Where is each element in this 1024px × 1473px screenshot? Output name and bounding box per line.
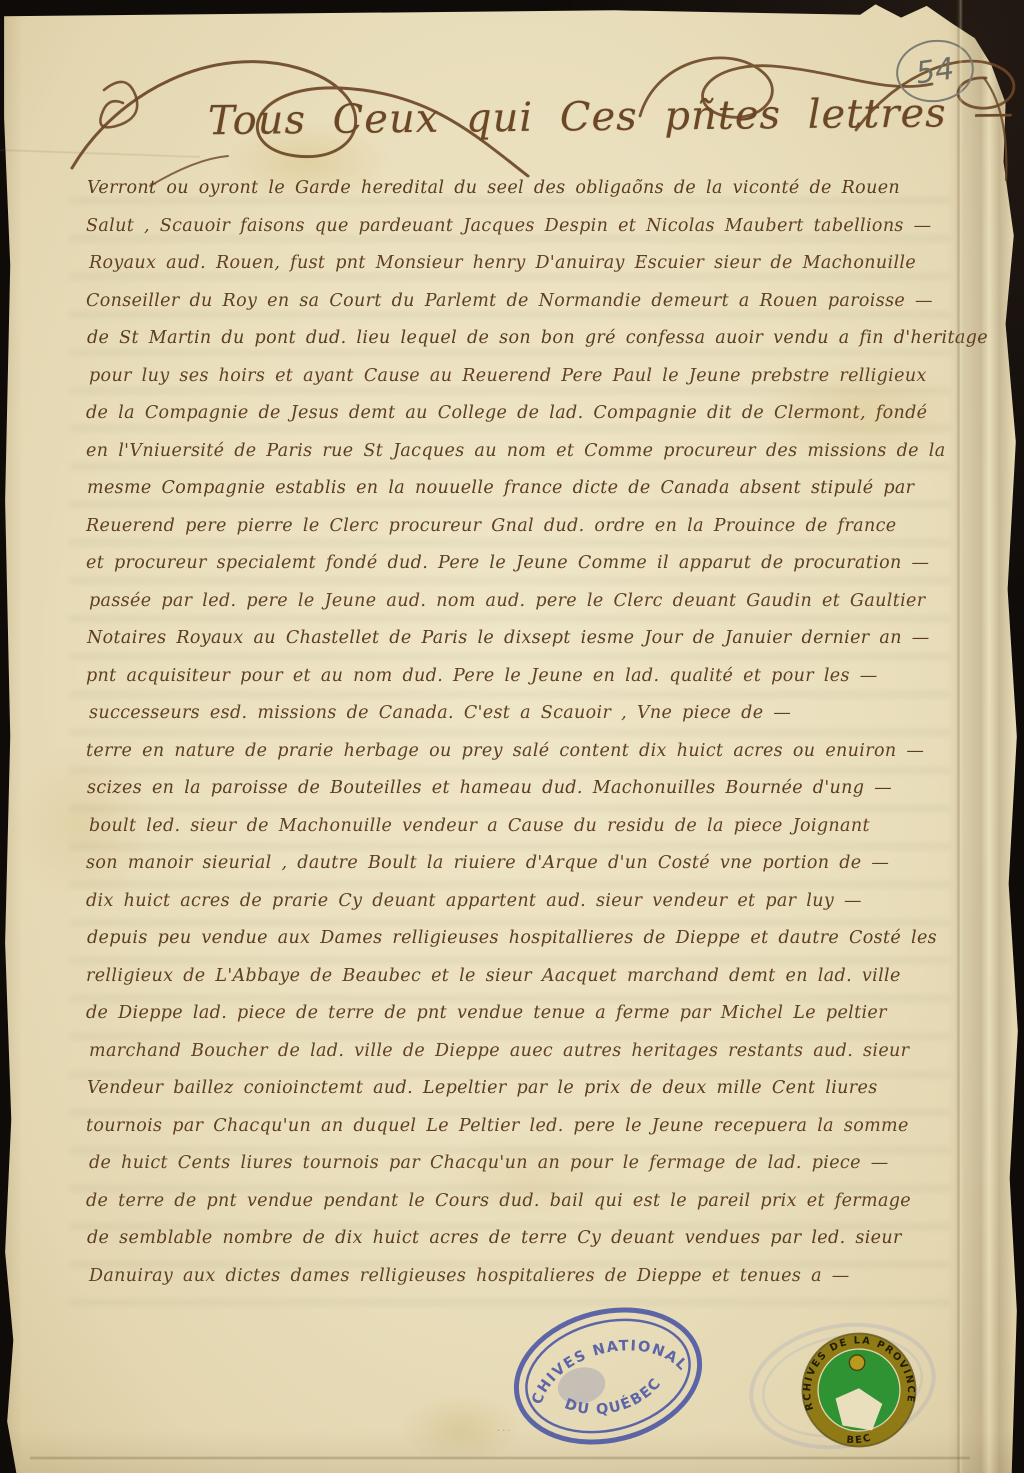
manuscript-line: Royaux aud. Rouen, fust pnt Monsieur hen… — [89, 245, 991, 283]
manuscript-line: Conseiller du Roy en sa Court du Parlemt… — [86, 283, 991, 321]
manuscript-line: son manoir sieurial , dautre Boult la ri… — [86, 845, 991, 883]
manuscript-line: successeurs esd. missions de Canada. C'e… — [89, 695, 991, 733]
manuscript-line: Danuiray aux dictes dames relligieuses h… — [89, 1258, 991, 1296]
manuscript-line: Verront ou oyront le Garde heredital du … — [87, 170, 991, 208]
manuscript-line: boult led. sieur de Machonuille vendeur … — [89, 808, 991, 846]
manuscript-line: scizes en la paroisse de Bouteilles et h… — [87, 770, 991, 808]
manuscript-body: Verront ou oyront le Garde heredital du … — [86, 170, 991, 1295]
vertical-fold-crease — [956, 0, 963, 1473]
manuscript-line: pour luy ses hoirs et ayant Cause au Reu… — [89, 358, 991, 396]
manuscript-line: marchand Boucher de lad. ville de Dieppe… — [89, 1033, 991, 1071]
manuscript-line: dix huict acres de prarie Cy deuant appa… — [86, 883, 991, 921]
manuscript-line: de huict Cents liures tournois par Chacq… — [89, 1145, 991, 1183]
bottom-fold-crease — [30, 1456, 970, 1460]
manuscript-line: de semblable nombre de dix huict acres d… — [87, 1220, 991, 1258]
manuscript-line: Notaires Royaux au Chastellet de Paris l… — [87, 620, 991, 658]
manuscript-line: depuis peu vendue aux Dames relligieuses… — [87, 920, 991, 958]
document-heading: Tous Ceux qui Ces pñtes lettres — — [208, 90, 1008, 144]
manuscript-line: et procureur specialemt fondé dud. Pere … — [86, 545, 991, 583]
green-seal-stamp: RCHIVES DE LA PROVINCE BEC — [794, 1326, 924, 1454]
manuscript-line: terre en nature de prarie herbage ou pre… — [86, 733, 991, 771]
page-number-text: 54 — [914, 51, 957, 91]
manuscript-line: de St Martin du pont dud. lieu lequel de… — [87, 320, 991, 358]
manuscript-line: Salut , Scauoir faisons que pardeuant Ja… — [86, 208, 991, 246]
manuscript-line: de Dieppe lad. piece de terre de pnt ven… — [86, 995, 991, 1033]
pencil-marks: ··· — [497, 1426, 513, 1437]
manuscript-line: mesme Compagnie establis en la nouuelle … — [87, 470, 991, 508]
manuscript-line: de la Compagnie de Jesus demt au College… — [86, 395, 991, 433]
manuscript-line: Vendeur baillez conioinctemt aud. Lepelt… — [87, 1070, 991, 1108]
manuscript-line: Reuerend pere pierre le Clerc procureur … — [86, 508, 991, 546]
manuscript-line: de terre de pnt vendue pendant le Cours … — [86, 1183, 991, 1221]
manuscript-line: tournois par Chacqu'un an duquel Le Pelt… — [86, 1108, 991, 1146]
manuscript-line: passée par led. pere le Jeune aud. nom a… — [89, 583, 991, 621]
manuscript-line: relligieux de L'Abbaye de Beaubec et le … — [86, 958, 991, 996]
manuscript-line: pnt acquisiteur pour et au nom dud. Pere… — [86, 658, 991, 696]
manuscript-line: en l'Vniuersité de Paris rue St Jacques … — [86, 433, 991, 471]
